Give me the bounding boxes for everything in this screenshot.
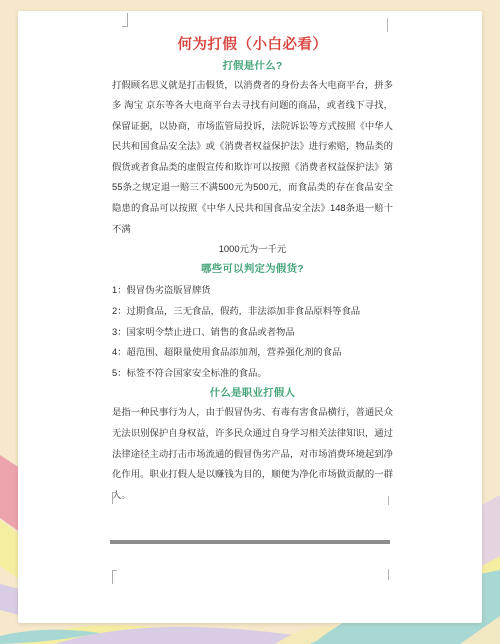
text-boundary-mark-mid-left: [112, 492, 117, 504]
text-boundary-mark-bottom-left: [112, 570, 117, 584]
list-item-1: 1：假冒伪劣盗版冒牌货: [112, 280, 393, 301]
paragraph-professional-counterfeit-hunter: 是指一种民事行为人，由于假冒伪劣、有毒有害食品横行，普通民众无法识别保护自身权益…: [112, 402, 393, 505]
paragraph-tail-centered: 1000元为一千元: [112, 239, 393, 260]
text-boundary-mark-top-left: [122, 13, 128, 27]
list-item-3: 3：国家明令禁止进口、销售的食品或者物品: [112, 322, 393, 343]
divider-line: [110, 540, 390, 544]
page-title: 何为打假（小白必看）: [112, 35, 393, 56]
list-item-5: 5：标签不符合国家安全标准的食品。: [112, 363, 393, 384]
text-boundary-mark-top-right: [387, 18, 389, 32]
section-heading-what-is-counterfeit-fighting: 打假是什么?: [112, 59, 393, 74]
paragraph-what-is-counterfeit-fighting: 打假顾名思义就是打击假货，以消费者的身份去各大电商平台，拼多多 淘宝 京东等各大…: [112, 75, 393, 240]
section-heading-what-counts-as-fake: 哪些可以判定为假货?: [112, 262, 393, 277]
section-heading-professional-counterfeit-hunter: 什么是职业打假人: [112, 386, 393, 401]
text-column: 何为打假（小白必看） 打假是什么? 打假顾名思义就是打击假货，以消费者的身份去各…: [112, 21, 393, 505]
list-item-2: 2：过期食品，三无食品，假药，非法添加非食品原料等食品: [112, 301, 393, 322]
text-boundary-mark-bottom-right: [388, 569, 390, 580]
list-item-4: 4：超范围、超限量使用食品添加剂，营养强化剂的食品: [112, 342, 393, 363]
text-boundary-mark-mid-right: [388, 496, 390, 505]
screenshot-root: { "document": { "title": "何为打假（小白必看）", "…: [0, 0, 500, 644]
fake-goods-list: 1：假冒伪劣盗版冒牌货 2：过期食品，三无食品，假药，非法添加非食品原料等食品 …: [112, 280, 393, 384]
document-page: 何为打假（小白必看） 打假是什么? 打假顾名思义就是打击假货，以消费者的身份去各…: [18, 11, 482, 623]
